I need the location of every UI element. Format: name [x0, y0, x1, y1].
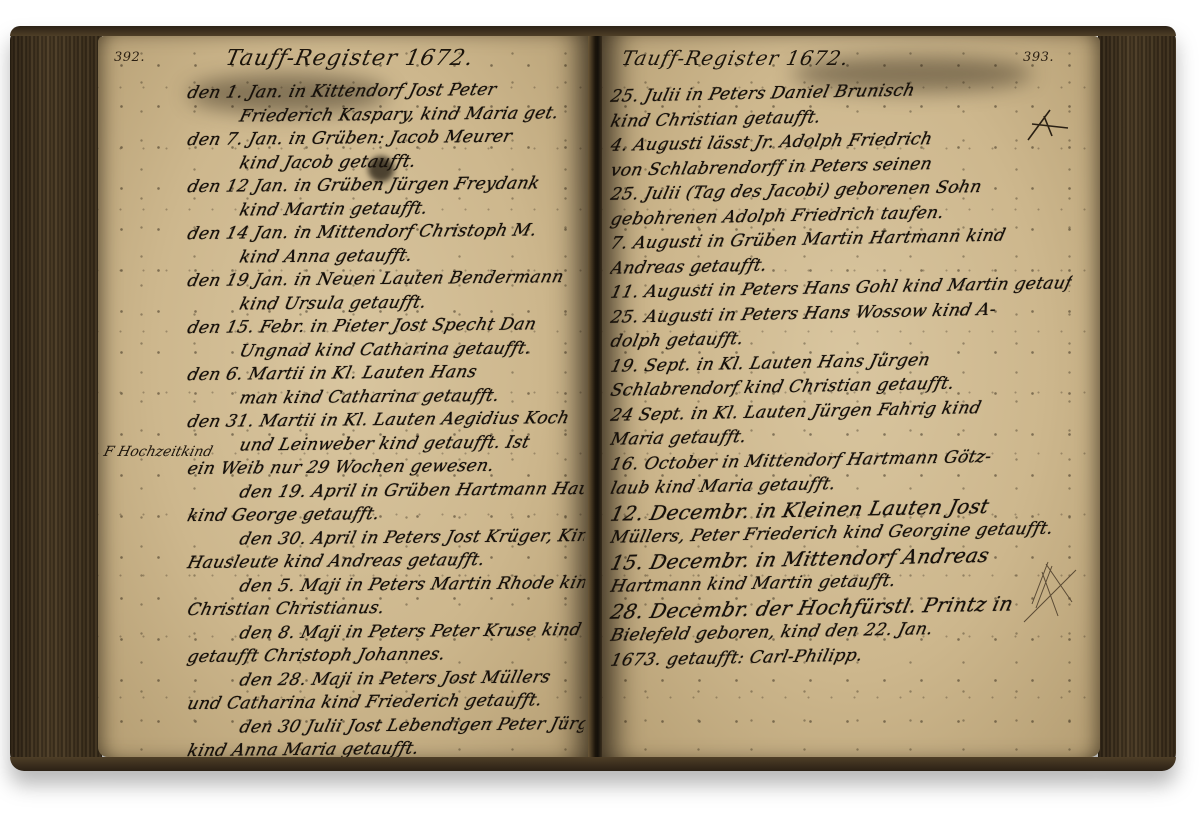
register-line: und Catharina kind Friederich getaufft. [185, 689, 588, 717]
register-line: den 7. Jan. in Grüben: Jacob Meurer [185, 125, 588, 153]
pencil-scribble-icon [1022, 556, 1082, 626]
left-page: 392. Tauff-Register 1672. F Hochzeitkind… [98, 36, 592, 757]
register-line: den 31. Martii in Kl. Lauten Aegidius Ko… [185, 407, 588, 435]
register-line: den 19 Jan. in Neuen Lauten Bendermann [185, 266, 588, 294]
cross-mark-icon [1022, 106, 1072, 146]
register-line: Hausleute kind Andreas getaufft. [185, 548, 588, 576]
page-number: 393. [1023, 50, 1054, 65]
register-line: kind George getaufft. [185, 501, 588, 529]
open-book: 392. Tauff-Register 1672. F Hochzeitkind… [10, 26, 1176, 771]
top-page-edge [10, 26, 1176, 36]
register-line: den 1. Jan. in Kittendorf Jost Peter [185, 78, 588, 106]
right-page: 393. Tauff-Register 1672. 25. Julii in P… [602, 36, 1100, 757]
register-line: den 15. Febr. in Pieter Jost Specht Dan [185, 313, 588, 341]
register-entries: den 1. Jan. in Kittendorf Jost PeterFrie… [98, 80, 592, 757]
register-line: ein Weib nur 29 Wochen gewesen. [185, 454, 588, 482]
register-line: kind Anna Maria getaufft. [185, 736, 588, 757]
register-line: den 14 Jan. in Mittendorf Christoph M. [185, 219, 588, 247]
page-heading: Tauff-Register 1672. [223, 46, 476, 71]
page-heading: Tauff-Register 1672. [619, 46, 851, 70]
page-number: 392. [114, 50, 145, 65]
left-fore-edge [10, 30, 102, 767]
right-fore-edge [1098, 30, 1176, 767]
register-line: den 6. Martii in Kl. Lauten Hans [185, 360, 588, 388]
register-line: den 12 Jan. in Grüben Jürgen Freydank [185, 172, 588, 200]
register-line: Christian Christianus. [185, 595, 588, 623]
register-line: getaufft Christoph Johannes. [185, 642, 588, 670]
